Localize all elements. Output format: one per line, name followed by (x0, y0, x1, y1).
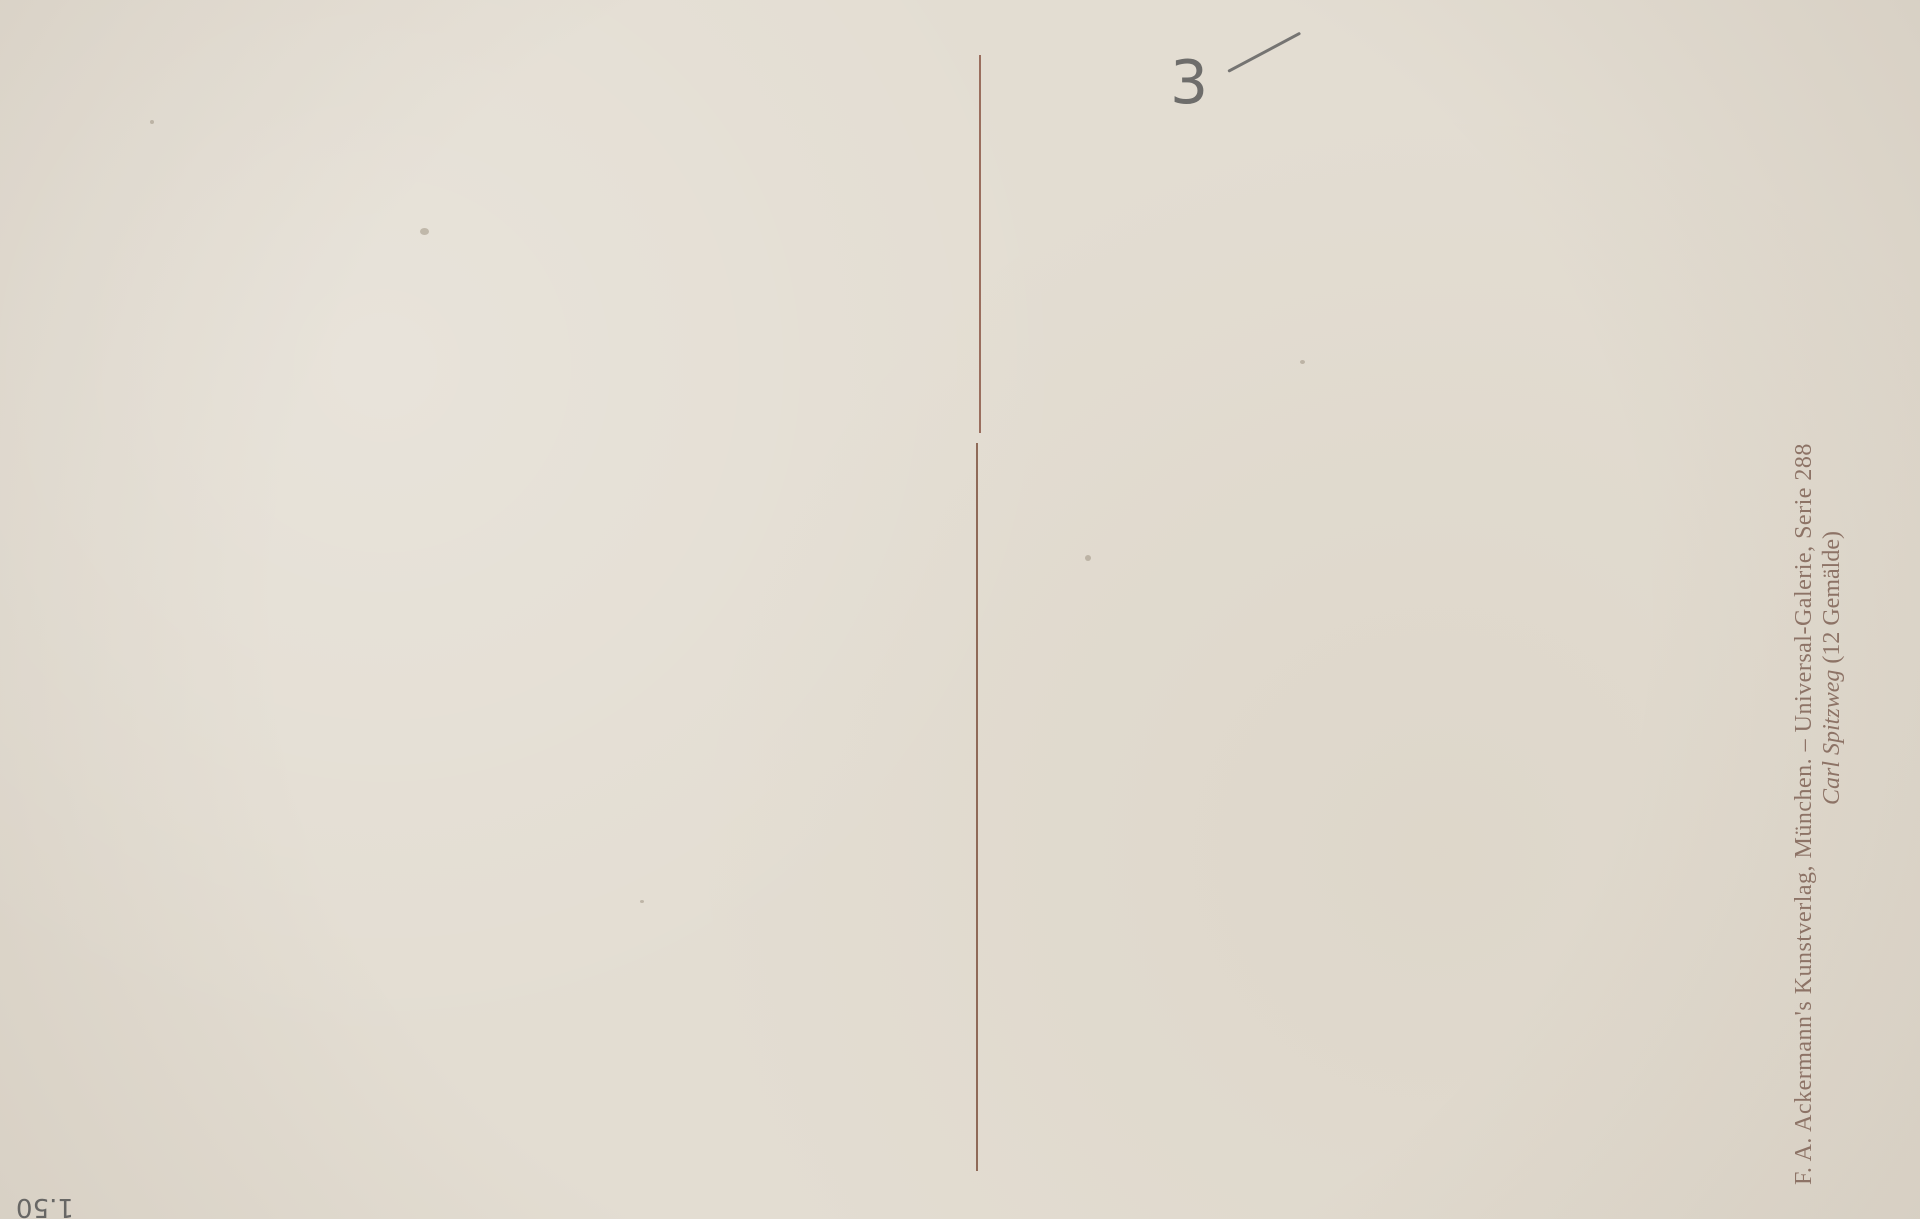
paper-speck (640, 900, 644, 903)
center-divider-line-top (979, 55, 981, 433)
handwritten-dash (1227, 32, 1301, 73)
postcard-back: 3 F. A. Ackermann's Kunstverlag, München… (0, 0, 1920, 1219)
publisher-imprint: F. A. Ackermann's Kunstverlag, München. … (1790, 443, 1846, 1185)
center-divider-line-bottom (976, 443, 978, 1171)
handwritten-catalog-mark: 1.50 (16, 1192, 74, 1219)
paper-speck (1085, 555, 1091, 561)
artist-line: Carl Spitzweg (12 Gemälde) (1818, 443, 1846, 1185)
handwritten-price-mark: 3 (1170, 48, 1208, 118)
series-note: (12 Gemälde) (1819, 531, 1845, 664)
paper-speck (150, 120, 154, 124)
publisher-line: F. A. Ackermann's Kunstverlag, München. … (1790, 443, 1818, 1185)
artist-name: Carl Spitzweg (1819, 670, 1845, 805)
paper-speck (1300, 360, 1305, 364)
paper-speck (420, 228, 429, 235)
